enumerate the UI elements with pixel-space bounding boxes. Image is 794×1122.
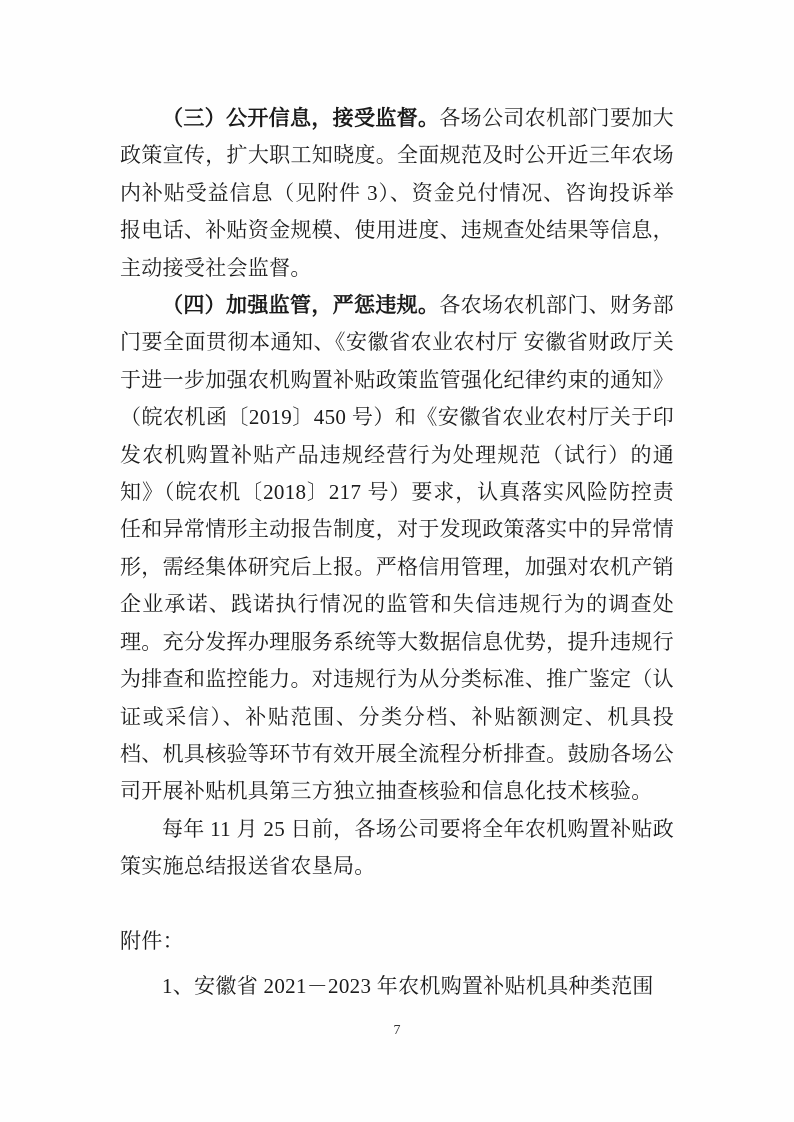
paragraph-supervision: （四）加强监管，严惩违规。各农场农机部门、财务部门要全面贯彻本通知、《安徽省农业… (120, 287, 674, 811)
page-number: 7 (0, 1022, 794, 1040)
paragraph-heading: （三）公开信息，接受监督。 (162, 106, 439, 130)
paragraph-text: 各场公司农机部门要加大政策宣传，扩大职工知晓度。全面规范及时公开近三年农场内补贴… (120, 106, 674, 280)
paragraph-heading: （四）加强监管，严惩违规。 (162, 293, 439, 317)
attachment-label: 附件： (120, 923, 674, 960)
document-body: （三）公开信息，接受监督。各场公司农机部门要加大政策宣传，扩大职工知晓度。全面规… (120, 100, 674, 1005)
paragraph-text: 各农场农机部门、财务部门要全面贯彻本通知、《安徽省农业农村厅 安徽省财政厅关于进… (120, 293, 674, 803)
paragraph-public-info: （三）公开信息，接受监督。各场公司农机部门要加大政策宣传，扩大职工知晓度。全面规… (120, 100, 674, 287)
paragraph-text: 每年 11 月 25 日前，各场公司要将全年农机购置补贴政策实施总结报送省农垦局… (120, 817, 674, 878)
attachment-item: 1、安徽省 2021－2023 年农机购置补贴机具种类范围 (120, 968, 674, 1005)
attachment-section: 附件： 1、安徽省 2021－2023 年农机购置补贴机具种类范围 (120, 923, 674, 1006)
paragraph-annual-report: 每年 11 月 25 日前，各场公司要将全年农机购置补贴政策实施总结报送省农垦局… (120, 811, 674, 886)
document-page: （三）公开信息，接受监督。各场公司农机部门要加大政策宣传，扩大职工知晓度。全面规… (0, 0, 794, 1122)
